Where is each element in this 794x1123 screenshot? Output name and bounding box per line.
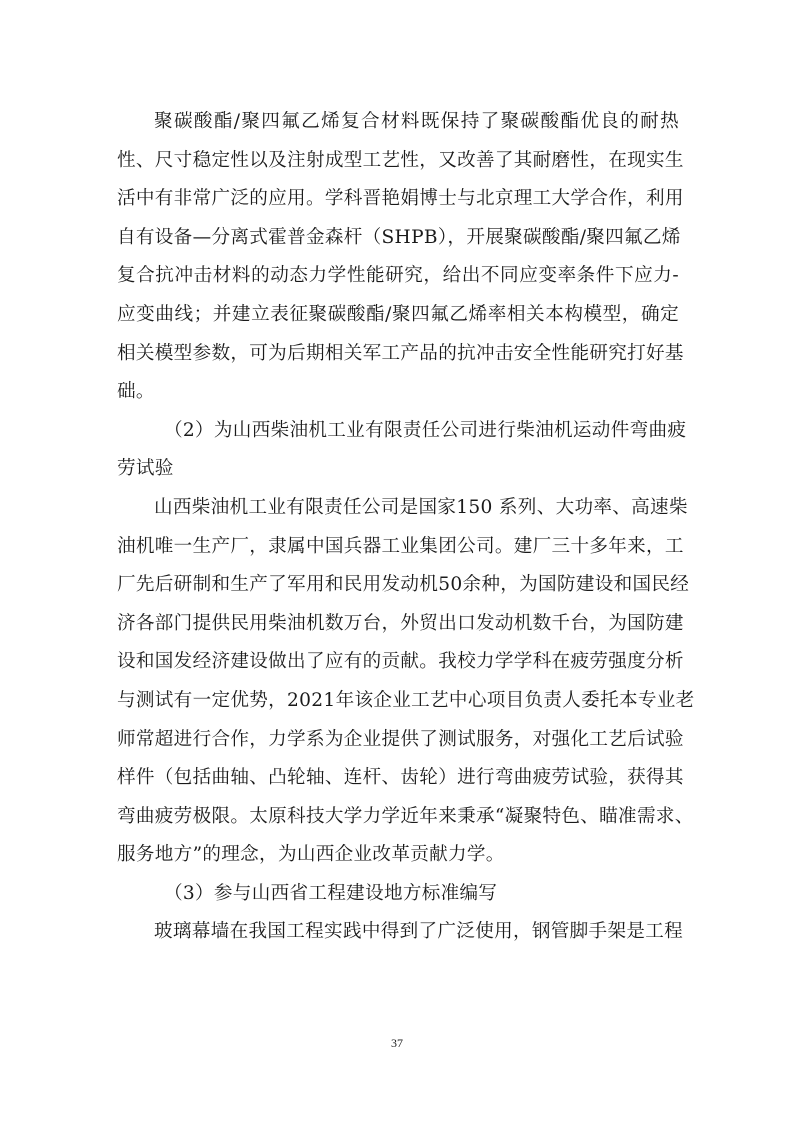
paragraph-1-line-3: 活中有非常广泛的应用。学科晋艳娟博士与北京理工大学合作，利用: [117, 180, 679, 219]
paragraph-3-line-1: 玻璃幕墙在我国工程实践中得到了广泛使用，钢管脚手架是工程: [117, 913, 679, 952]
paragraph-1-line-6: 应变曲线；并建立表征聚碳酸酯/聚四氟乙烯率相关本构模型，确定: [117, 296, 679, 335]
paragraph-2-line-8: 样件（包括曲轴、凸轮轴、连杆、齿轮）进行弯曲疲劳试验，获得其: [117, 759, 679, 798]
paragraph-2-line-3: 厂先后研制和生产了军用和民用发动机50余种，为国防建设和国民经: [117, 566, 679, 605]
paragraph-2-line-2: 油机唯一生产厂，隶属中国兵器工业集团公司。建厂三十多年来，工: [117, 528, 679, 567]
paragraph-1-line-2: 性、尺寸稳定性以及注射成型工艺性，又改善了其耐磨性，在现实生: [117, 142, 679, 181]
paragraph-2-line-9: 弯曲疲劳极限。太原科技大学力学近年来秉承“凝聚特色、瞄准需求、: [117, 798, 679, 837]
paragraph-1-line-1: 聚碳酸酯/聚四氟乙烯复合材料既保持了聚碳酸酯优良的耐热: [117, 103, 679, 142]
paragraph-2-line-5: 设和国发经济建设做出了应有的贡献。我校力学学科在疲劳强度分析: [117, 643, 679, 682]
page-number: 37: [0, 1036, 794, 1051]
section-heading-2-line-1: （2）为山西柴油机工业有限责任公司进行柴油机运动件弯曲疲: [117, 412, 679, 451]
paragraph-2-line-1: 山西柴油机工业有限责任公司是国家150 系列、大功率、高速柴: [117, 489, 679, 528]
paragraph-2-line-6: 与测试有一定优势，2021年该企业工艺中心项目负责人委托本专业老: [117, 682, 679, 721]
section-heading-2-line-2: 劳试验: [117, 450, 679, 489]
paragraph-1-line-7: 相关模型参数，可为后期相关军工产品的抗冲击安全性能研究打好基: [117, 335, 679, 374]
section-heading-3: （3）参与山西省工程建设地方标准编写: [117, 875, 679, 914]
page-body: 聚碳酸酯/聚四氟乙烯复合材料既保持了聚碳酸酯优良的耐热 性、尺寸稳定性以及注射成…: [117, 103, 679, 952]
paragraph-1-line-8: 础。: [117, 373, 679, 412]
paragraph-2-line-4: 济各部门提供民用柴油机数万台，外贸出口发动机数千台，为国防建: [117, 605, 679, 644]
paragraph-2-line-7: 师常超进行合作，力学系为企业提供了测试服务，对强化工艺后试验: [117, 721, 679, 760]
paragraph-1-line-5: 复合抗冲击材料的动态力学性能研究，给出不同应变率条件下应力-: [117, 257, 679, 296]
document-page: 聚碳酸酯/聚四氟乙烯复合材料既保持了聚碳酸酯优良的耐热 性、尺寸稳定性以及注射成…: [0, 0, 794, 1123]
paragraph-2-line-10: 服务地方”的理念，为山西企业改革贡献力学。: [117, 836, 679, 875]
paragraph-1-line-4: 自有设备—分离式霍普金森杆（SHPB），开展聚碳酸酯/聚四氟乙烯: [117, 219, 679, 258]
